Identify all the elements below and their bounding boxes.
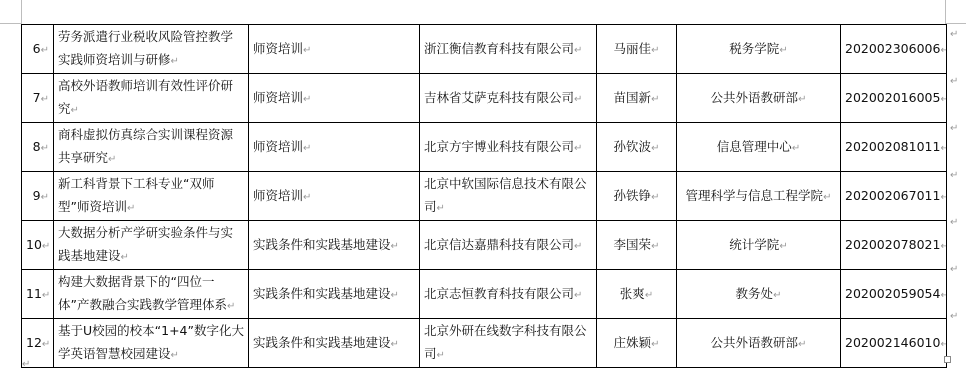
row-index-text: 9 xyxy=(33,188,41,203)
project-name-text: 商科虚拟仿真综合实训课程资源共享研究 xyxy=(58,127,233,165)
cell-department[interactable]: 信息管理中心↵ xyxy=(677,123,841,172)
cell-end-mark-icon: ↵ xyxy=(391,241,399,252)
project-category-text: 师资培训 xyxy=(253,188,303,203)
partner-company-text: 北京外研在线数字科技有限公司 xyxy=(424,323,587,361)
cell-partner-company[interactable]: 北京信达嘉鼎科技有限公司↵ xyxy=(420,221,597,270)
cell-end-mark-icon: ↵ xyxy=(303,143,311,154)
cell-contact-person[interactable]: 孙铁铮↵ xyxy=(597,172,677,221)
cell-end-mark-icon: ↵ xyxy=(42,290,50,301)
department-text: 公共外语教研部 xyxy=(711,90,799,105)
cell-end-mark-icon: ↵ xyxy=(127,203,135,214)
cell-end-mark-icon: ↵ xyxy=(651,192,659,203)
project-code-text: 202002067011 xyxy=(845,188,940,203)
project-name-text: 劳务派遣行业税收风险管控教学实践师资培训与研修 xyxy=(58,29,233,67)
cell-project-name[interactable]: 高校外语教师培训有效性评价研究↵ xyxy=(54,74,249,123)
cell-department[interactable]: 管理科学与信息工程学院↵ xyxy=(677,172,841,221)
page-margin-corner-top-left xyxy=(0,0,22,24)
department-text: 教务处 xyxy=(736,286,774,301)
table-row: 11↵构建大数据背景下的“四位一体”产教融合实践教学管理体系↵实践条件和实践基地… xyxy=(22,270,947,319)
contact-person-text: 孙钦波 xyxy=(614,139,652,154)
project-code-text: 202002078021 xyxy=(845,237,940,252)
project-category-text: 师资培训 xyxy=(253,41,303,56)
cell-project-code[interactable]: 202002146010↵ xyxy=(841,319,947,368)
cell-row-index[interactable]: 8↵ xyxy=(22,123,54,172)
cell-end-mark-icon: ↵ xyxy=(42,339,50,350)
cell-end-mark-icon: ↵ xyxy=(391,290,399,301)
cell-contact-person[interactable]: 庄姝颖↵ xyxy=(597,319,677,368)
project-category-text: 实践条件和实践基地建设 xyxy=(253,335,391,350)
project-category-text: 师资培训 xyxy=(253,139,303,154)
project-code-text: 202002146010 xyxy=(845,335,940,350)
row-end-mark-icon: ↵ xyxy=(950,29,958,40)
cell-project-name[interactable]: 大数据分析产学研实验条件与实践基地建设↵ xyxy=(54,221,249,270)
cell-project-category[interactable]: 师资培训↵ xyxy=(249,74,420,123)
cell-project-code[interactable]: 202002306006↵ xyxy=(841,25,947,74)
row-end-mark-icon: ↵ xyxy=(950,264,958,275)
cell-project-name[interactable]: 构建大数据背景下的“四位一体”产教融合实践教学管理体系↵ xyxy=(54,270,249,319)
cell-project-code[interactable]: 202002067011↵ xyxy=(841,172,947,221)
row-end-mark-icon: ↵ xyxy=(950,217,958,228)
cell-end-mark-icon: ↵ xyxy=(798,339,806,350)
cell-department[interactable]: 教务处↵ xyxy=(677,270,841,319)
row-end-mark-icon: ↵ xyxy=(950,76,958,87)
cell-end-mark-icon: ↵ xyxy=(651,94,659,105)
cell-end-mark-icon: ↵ xyxy=(651,143,659,154)
table-row: 8↵商科虚拟仿真综合实训课程资源共享研究↵师资培训↵北京方宇博业科技有限公司↵孙… xyxy=(22,123,947,172)
cell-project-code[interactable]: 202002081011↵ xyxy=(841,123,947,172)
cell-end-mark-icon: ↵ xyxy=(437,350,445,361)
department-text: 公共外语教研部 xyxy=(711,335,799,350)
cell-row-index[interactable]: 11↵ xyxy=(22,270,54,319)
row-index-text: 12 xyxy=(26,335,42,350)
cell-end-mark-icon: ↵ xyxy=(940,339,946,350)
cell-project-code[interactable]: 202002078021↵ xyxy=(841,221,947,270)
cell-partner-company[interactable]: 浙江衡信教育科技有限公司↵ xyxy=(420,25,597,74)
cell-end-mark-icon: ↵ xyxy=(171,350,179,361)
cell-department[interactable]: 税务学院↵ xyxy=(677,25,841,74)
cell-end-mark-icon: ↵ xyxy=(651,45,659,56)
project-code-text: 202002306006 xyxy=(845,41,940,56)
table-resize-handle[interactable] xyxy=(944,356,951,363)
project-code-text: 202002016005 xyxy=(845,90,940,105)
cell-end-mark-icon: ↵ xyxy=(42,241,50,252)
cell-end-mark-icon: ↵ xyxy=(798,94,806,105)
cell-project-category[interactable]: 实践条件和实践基地建设↵ xyxy=(249,221,420,270)
cell-end-mark-icon: ↵ xyxy=(645,290,653,301)
cell-project-code[interactable]: 202002059054↵ xyxy=(841,270,947,319)
cell-end-mark-icon: ↵ xyxy=(71,105,79,116)
cell-end-mark-icon: ↵ xyxy=(303,94,311,105)
cell-end-mark-icon: ↵ xyxy=(940,94,946,105)
cell-end-mark-icon: ↵ xyxy=(391,339,399,350)
project-category-text: 师资培训 xyxy=(253,90,303,105)
partner-company-text: 北京信达嘉鼎科技有限公司 xyxy=(424,237,574,252)
department-text: 管理科学与信息工程学院 xyxy=(686,188,824,203)
cell-department[interactable]: 统计学院↵ xyxy=(677,221,841,270)
partner-company-text: 北京中软国际信息技术有限公司 xyxy=(424,176,587,214)
cell-contact-person[interactable]: 李国荣↵ xyxy=(597,221,677,270)
project-category-text: 实践条件和实践基地建设 xyxy=(253,286,391,301)
row-index-text: 6 xyxy=(33,41,41,56)
project-code-text: 202002081011 xyxy=(845,139,940,154)
cell-partner-company[interactable]: 吉林省艾萨克科技有限公司↵ xyxy=(420,74,597,123)
cell-contact-person[interactable]: 马丽佳↵ xyxy=(597,25,677,74)
row-index-text: 7 xyxy=(33,90,41,105)
cell-project-name[interactable]: 商科虚拟仿真综合实训课程资源共享研究↵ xyxy=(54,123,249,172)
project-code-text: 202002059054 xyxy=(845,286,940,301)
row-end-mark-icon: ↵ xyxy=(950,170,958,181)
cell-end-mark-icon: ↵ xyxy=(792,143,800,154)
cell-department[interactable]: 公共外语教研部↵ xyxy=(677,74,841,123)
cell-end-mark-icon: ↵ xyxy=(41,45,49,56)
contact-person-text: 马丽佳 xyxy=(614,41,652,56)
cell-end-mark-icon: ↵ xyxy=(171,56,179,67)
partner-company-text: 北京方宇博业科技有限公司 xyxy=(424,139,574,154)
partner-company-text: 浙江衡信教育科技有限公司 xyxy=(424,41,574,56)
department-text: 税务学院 xyxy=(729,41,779,56)
contact-person-text: 张爽 xyxy=(620,286,645,301)
department-text: 统计学院 xyxy=(729,237,779,252)
cell-end-mark-icon: ↵ xyxy=(574,290,582,301)
project-name-text: 新工科背景下工科专业“双师型”师资培训 xyxy=(58,176,214,214)
cell-end-mark-icon: ↵ xyxy=(940,241,946,252)
contact-person-text: 孙铁铮 xyxy=(614,188,652,203)
cell-row-index[interactable]: 10↵ xyxy=(22,221,54,270)
cell-partner-company[interactable]: 北京中软国际信息技术有限公司↵ xyxy=(420,172,597,221)
cell-end-mark-icon: ↵ xyxy=(121,252,129,263)
cell-end-mark-icon: ↵ xyxy=(41,143,49,154)
department-text: 信息管理中心 xyxy=(717,139,792,154)
project-name-text: 大数据分析产学研实验条件与实践基地建设 xyxy=(58,225,233,263)
row-index-text: 8 xyxy=(33,139,41,154)
row-end-mark-icon: ↵ xyxy=(950,311,958,322)
cell-end-mark-icon: ↵ xyxy=(779,45,787,56)
cell-partner-company[interactable]: 北京志恒教育科技有限公司↵ xyxy=(420,270,597,319)
page-margin-corner-top-right xyxy=(945,0,966,24)
table-row: 7↵高校外语教师培训有效性评价研究↵师资培训↵吉林省艾萨克科技有限公司↵苗国新↵… xyxy=(22,74,947,123)
project-name-text: 高校外语教师培训有效性评价研究 xyxy=(58,78,233,116)
cell-end-mark-icon: ↵ xyxy=(773,290,781,301)
row-index-text: 10 xyxy=(26,237,42,252)
cell-end-mark-icon: ↵ xyxy=(574,241,582,252)
partner-company-text: 吉林省艾萨克科技有限公司 xyxy=(424,90,574,105)
cell-contact-person[interactable]: 张爽↵ xyxy=(597,270,677,319)
cell-end-mark-icon: ↵ xyxy=(779,241,787,252)
row-index-text: 11 xyxy=(26,286,42,301)
cell-project-category[interactable]: 师资培训↵ xyxy=(249,123,420,172)
cell-end-mark-icon: ↵ xyxy=(940,290,946,301)
table-row: 9↵新工科背景下工科专业“双师型”师资培训↵师资培训↵北京中软国际信息技术有限公… xyxy=(22,172,947,221)
cell-end-mark-icon: ↵ xyxy=(227,301,235,312)
cell-end-mark-icon: ↵ xyxy=(108,154,116,165)
partner-company-text: 北京志恒教育科技有限公司 xyxy=(424,286,574,301)
cell-end-mark-icon: ↵ xyxy=(41,94,49,105)
cell-project-category[interactable]: 师资培训↵ xyxy=(249,172,420,221)
table-row: 12↵基于U校园的校本“1+4”数字化大学英语智慧校园建设↵实践条件和实践基地建… xyxy=(22,319,947,368)
cell-project-code[interactable]: 202002016005↵ xyxy=(841,74,947,123)
cell-project-name[interactable]: 基于U校园的校本“1+4”数字化大学英语智慧校园建设↵ xyxy=(54,319,249,368)
cell-project-category[interactable]: 实践条件和实践基地建设↵ xyxy=(249,270,420,319)
cell-end-mark-icon: ↵ xyxy=(823,192,831,203)
cell-row-index[interactable]: 6↵ xyxy=(22,25,54,74)
cell-end-mark-icon: ↵ xyxy=(303,45,311,56)
table-row: 10↵大数据分析产学研实验条件与实践基地建设↵实践条件和实践基地建设↵北京信达嘉… xyxy=(22,221,947,270)
project-name-text: 构建大数据背景下的“四位一体”产教融合实践教学管理体系 xyxy=(58,274,227,312)
cell-end-mark-icon: ↵ xyxy=(574,45,582,56)
cell-end-mark-icon: ↵ xyxy=(940,45,946,56)
cell-department[interactable]: 公共外语教研部↵ xyxy=(677,319,841,368)
cell-end-mark-icon: ↵ xyxy=(651,339,659,350)
cell-end-mark-icon: ↵ xyxy=(41,192,49,203)
cell-row-index[interactable]: 7↵ xyxy=(22,74,54,123)
cell-end-mark-icon: ↵ xyxy=(651,241,659,252)
project-table: 6↵劳务派遣行业税收风险管控教学实践师资培训与研修↵师资培训↵浙江衡信教育科技有… xyxy=(21,24,947,368)
cell-end-mark-icon: ↵ xyxy=(303,192,311,203)
contact-person-text: 李国荣 xyxy=(614,237,652,252)
contact-person-text: 庄姝颖 xyxy=(614,335,652,350)
cell-partner-company[interactable]: 北京方宇博业科技有限公司↵ xyxy=(420,123,597,172)
cell-partner-company[interactable]: 北京外研在线数字科技有限公司↵ xyxy=(420,319,597,368)
cell-end-mark-icon: ↵ xyxy=(940,192,946,203)
paragraph-mark-icon: ↵ xyxy=(22,359,30,370)
cell-project-name[interactable]: 新工科背景下工科专业“双师型”师资培训↵ xyxy=(54,172,249,221)
cell-end-mark-icon: ↵ xyxy=(437,203,445,214)
project-category-text: 实践条件和实践基地建设 xyxy=(253,237,391,252)
cell-end-mark-icon: ↵ xyxy=(574,94,582,105)
cell-project-name[interactable]: 劳务派遣行业税收风险管控教学实践师资培训与研修↵ xyxy=(54,25,249,74)
cell-end-mark-icon: ↵ xyxy=(574,143,582,154)
cell-project-category[interactable]: 师资培训↵ xyxy=(249,25,420,74)
row-end-mark-icon: ↵ xyxy=(950,123,958,134)
cell-row-index[interactable]: 9↵ xyxy=(22,172,54,221)
cell-project-category[interactable]: 实践条件和实践基地建设↵ xyxy=(249,319,420,368)
contact-person-text: 苗国新 xyxy=(614,90,652,105)
project-name-text: 基于U校园的校本“1+4”数字化大学英语智慧校园建设 xyxy=(58,323,244,361)
cell-contact-person[interactable]: 孙钦波↵ xyxy=(597,123,677,172)
table-row: 6↵劳务派遣行业税收风险管控教学实践师资培训与研修↵师资培训↵浙江衡信教育科技有… xyxy=(22,25,947,74)
cell-contact-person[interactable]: 苗国新↵ xyxy=(597,74,677,123)
cell-end-mark-icon: ↵ xyxy=(940,143,946,154)
